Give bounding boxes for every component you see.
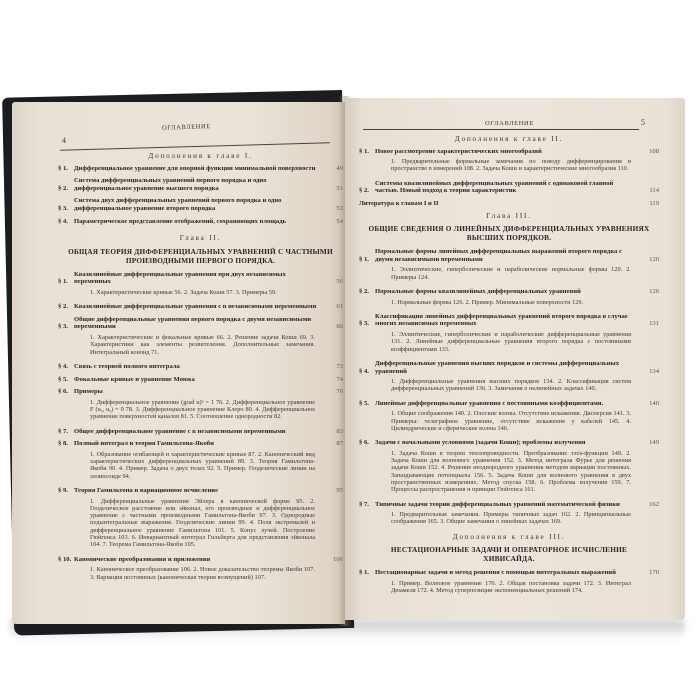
section-number: § 3. [58,323,74,331]
section-title: Фокальные кривые и уравнение Монжа [74,376,317,384]
header-rule [363,129,639,130]
left-page: ОГЛАВЛЕНИЕ 4 Дополнения к главе I. § 1.Д… [12,102,345,624]
section-number: § 5. [359,400,375,408]
toc-entry: § 9.Теория Гамильтона и вариационное исч… [58,487,343,495]
subsection-list: 1. Характеристические и фокальные кривые… [90,334,315,356]
section-title: Дифференциальные уравнения высших порядк… [375,360,633,375]
toc-entry: § 4.Связь с теорией полного интеграла73 [58,363,343,371]
section-title: Классификация линейных дифференциальных … [375,313,633,328]
toc-entry: § 7.Типичные задачи теории дифференциаль… [359,501,659,509]
section-page: 126 [633,288,659,296]
toc-entry: § 1.Дифференциальное уравнение для опорн… [58,165,343,173]
appendix3-title: Дополнения к главе III. [359,534,659,542]
toc-entry: § 7.Общее дифференциальное уравнение с n… [58,428,343,436]
section-number: § 1. [359,569,375,577]
section-title: Типичные задачи теории дифференциальных … [375,501,633,509]
subsection-list: 1. Образование огибающей и характеристич… [90,451,315,480]
toc-entry: § 1.Нормальные формы линейных дифференци… [359,248,659,263]
section-page: 114 [633,187,659,195]
chapter-label: Глава II. [58,235,343,243]
subsection-list: 1. Эллиптические, гиперболические и пара… [391,331,631,353]
subsection-list: 1. Задача Коши в теории теплопроводности… [391,450,631,494]
section-title: Квазилинейные дифференциальные уравнения… [74,303,317,311]
toc-entry: § 10.Канонические преобразования и прило… [58,556,343,564]
section-title: Задачи с начальными условиями (задачи Ко… [375,439,633,447]
section-number: § 7. [58,428,74,436]
section-page: 162 [633,501,659,509]
section-number: § 3. [359,320,375,328]
section-title: Новое рассмотрение характеристических мн… [375,148,633,156]
section-number: § 4. [58,363,74,371]
section-number: § 9. [58,487,74,495]
toc-entry: § 3.Классификация линейных дифференциаль… [359,313,659,328]
page-number: 4 [62,136,66,145]
toc-entry: § 1.Нестационарные задачи и метод решени… [359,569,659,577]
literature-text: Литература к главам I и II [359,200,633,208]
section-title: Нормальные формы линейных дифференциальн… [375,248,633,263]
subsection-list: 1. Пример. Волновое уравнение 170. 2. Об… [391,580,631,595]
appendix-title: Дополнения к главе II. [359,136,659,144]
toc-entry: § 6.Задачи с начальными условиями (задач… [359,439,659,447]
toc-entry: § 5.Фокальные кривые и уравнение Монжа74 [58,376,343,384]
section-number: § 1. [58,165,74,173]
subsection-list: 1. Каноническое преобразование 106. 2. Н… [90,566,315,581]
literature-page: 119 [633,200,659,208]
section-number: § 10. [58,556,74,564]
toc-entry: § 4.Дифференциальные уравнения высших по… [359,360,659,375]
toc-entry: § 2.Квазилинейные дифференциальные уравн… [58,303,343,311]
section-title: Примеры [74,388,317,396]
running-head: ОГЛАВЛЕНИЕ [485,120,534,127]
section-number: § 5. [58,376,74,384]
chapter-title: ОБЩАЯ ТЕОРИЯ ДИФФЕРЕНЦИАЛЬНЫХ УРАВНЕНИЙ … [64,247,337,265]
appendix-list: § 1.Дифференциальное уравнение для опорн… [58,165,343,226]
section-title: Нормальные формы квазилинейных дифференц… [375,288,633,296]
section-number: § 4. [58,218,74,226]
subsection-list: 1. Нормальные формы 126. 2. Пример. Мини… [391,299,631,306]
section-title: Общие дифференциальные уравнения первого… [74,316,317,331]
chapter-label: Глава III. [359,213,659,221]
subsection-list: 1. Дифференциальное уравнение (grad u)² … [90,399,315,421]
section-page: 149 [633,439,659,447]
section-number: § 1. [359,148,375,156]
subsection-list: 1. Эллиптические, гиперболические и пара… [391,266,631,281]
section-number: § 2. [58,303,74,311]
toc-entry: § 4.Параметрическое представление отобра… [58,218,343,226]
section-number: § 1. [359,256,375,264]
appendix3-list: § 1.Нестационарные задачи и метод решени… [359,569,659,594]
subsection-list: 1. Предварительные замечания. Примеры ти… [391,511,631,526]
section-title: Дифференциальное уравнение для опорной ф… [74,165,317,173]
section-page: 134 [633,368,659,376]
toc-entry: § 1.Квазилинейные дифференциальные уравн… [58,271,343,286]
section-title: Общее дифференциальное уравнение с n нез… [74,428,317,436]
toc-entry: § 2.Система дифференциальных уравнений п… [58,177,343,192]
toc-entry: § 8.Полный интеграл и теория Гамильтона-… [58,440,343,448]
section-page: 131 [633,320,659,328]
appendix3-heading: НЕСТАЦИОНАРНЫЕ ЗАДАЧИ И ОПЕРАТОРНОЕ ИСЧИ… [365,545,653,563]
section-title: Нестационарные задачи и метод решения с … [375,569,633,577]
section-title: Квазилинейные дифференциальные уравнения… [74,271,317,286]
toc-entry: § 5.Линейные дифференциальные уравнения … [359,400,659,408]
section-title: Линейные дифференциальные уравнения с по… [375,400,633,408]
chapter-list: § 1.Квазилинейные дифференциальные уравн… [58,271,343,581]
section-page: 140 [633,400,659,408]
subsection-list: 1. Дифференциальные уравнения Эйлера в к… [90,498,315,549]
subsection-list: 1. Общие соображения 140. 2. Плоские вол… [391,410,631,432]
toc-entry: § 6.Примеры76 [58,388,343,396]
section-title: Полный интеграл и теория Гамильтона-Якоб… [74,440,317,448]
section-number: § 1. [58,278,74,286]
section-number: § 3. [58,205,74,213]
chapter-list: § 1.Нормальные формы линейных дифференци… [359,248,659,526]
section-number: § 7. [359,501,375,509]
subsection-list: 1. Характеристические кривые 56. 2. Зада… [90,289,315,296]
chapter-title: ОБЩИЕ СВЕДЕНИЯ О ЛИНЕЙНЫХ ДИФФЕРЕНЦИАЛЬН… [365,224,653,242]
toc-right: Дополнения к главе II. § 1.Новое рассмот… [359,132,659,602]
subsection-list: 1. Предварительные формальные замечания … [391,158,631,173]
section-number: § 8. [58,440,74,448]
page-number: 5 [641,118,645,127]
section-title: Система дифференциальных уравнений перво… [74,177,317,192]
toc-entry: § 2.Системы квазилинейных дифференциальн… [359,180,659,195]
section-page: 170 [633,569,659,577]
toc-entry: § 1.Новое рассмотрение характеристически… [359,148,659,156]
section-number: § 2. [359,187,375,195]
section-page: 120 [633,256,659,264]
subsection-list: 1. Дифференциальные уравнения высших пор… [391,378,631,393]
toc-entry: § 2.Нормальные формы квазилинейных диффе… [359,288,659,296]
section-title: Канонические преобразования и приложения [74,556,317,564]
appendix-list: § 1.Новое рассмотрение характеристически… [359,148,659,195]
section-page: 108 [633,148,659,156]
appendix-title: Дополнения к главе I. [58,153,343,161]
toc-left: Дополнения к главе I. § 1.Дифференциальн… [58,149,343,588]
section-title: Система двух дифференциальных уравнений … [74,197,317,212]
section-number: § 6. [359,439,375,447]
section-number: § 2. [359,288,375,296]
running-head: ОГЛАВЛЕНИЕ [162,123,211,132]
right-page: ОГЛАВЛЕНИЕ 5 Дополнения к главе II. § 1.… [345,98,685,620]
section-number: § 2. [58,185,74,193]
toc-entry: § 3.Система двух дифференциальных уравне… [58,197,343,212]
section-number: § 4. [359,368,375,376]
toc-entry: § 3.Общие дифференциальные уравнения пер… [58,316,343,331]
section-title: Связь с теорией полного интеграла [74,363,317,371]
section-number: § 6. [58,388,74,396]
section-title: Теория Гамильтона и вариационное исчисле… [74,487,317,495]
section-title: Параметрическое представление отображени… [74,218,317,226]
section-title: Системы квазилинейных дифференциальных у… [375,180,633,195]
literature-entry: Литература к главам I и II 119 [359,200,659,208]
